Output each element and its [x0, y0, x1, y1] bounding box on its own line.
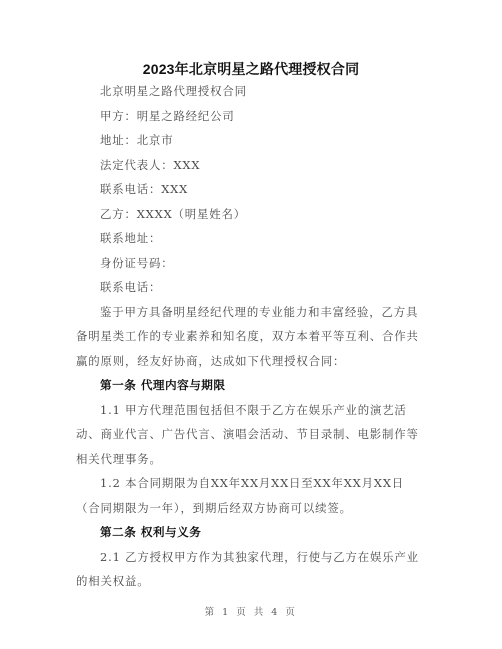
clause-line: （合同期限为一年），到期后经双方协商可以续签。 — [76, 500, 352, 516]
party-b-phone: 联系电话： — [100, 279, 161, 295]
clause-line: 1.2 本合同期限为自XX年XX月XX日至XX年XX月XX日 — [100, 475, 404, 491]
contact-address: 联系地址： — [100, 230, 161, 246]
preamble-line: 鉴于甲方具备明星经纪代理的专业能力和丰富经验，乙方具 — [100, 304, 418, 320]
document-title: 2023年北京明星之路代理授权合同 — [0, 59, 502, 79]
section-heading: 第二条 权利与义务 — [100, 524, 201, 540]
document-page: 2023年北京明星之路代理授权合同 北京明星之路代理授权合同 甲方：明星之路经纪… — [0, 0, 502, 649]
address: 地址：北京市 — [100, 132, 173, 148]
page-footer: 第 1 页 共 4 页 — [0, 604, 502, 618]
party-a: 甲方：明星之路经纪公司 — [100, 108, 235, 124]
preamble-line: 赢的原则，经友好协商，达成如下代理授权合同： — [76, 353, 345, 369]
clause-line: 动、商业代言、广告代言、演唱会活动、节目录制、电影制作等 — [76, 426, 419, 442]
id-number: 身份证号码： — [100, 255, 173, 271]
clause-line: 相关代理事务。 — [76, 451, 162, 467]
clause-line: 1.1 甲方代理范围包括但不限于乙方在娱乐产业的演艺活 — [100, 402, 407, 418]
clause-line: 2.1 乙方授权甲方作为其独家代理，行使与乙方在娱乐产业 — [100, 549, 419, 565]
party-b: 乙方：XXXX（明星姓名） — [100, 206, 246, 222]
contract-subtitle: 北京明星之路代理授权合同 — [100, 83, 247, 99]
party-a-phone: 联系电话：XXX — [100, 181, 188, 197]
legal-representative: 法定代表人：XXX — [100, 157, 200, 173]
section-heading: 第一条 代理内容与期限 — [100, 377, 225, 393]
preamble-line: 备明星类工作的专业素养和知名度，双方本着平等互利、合作共 — [76, 328, 419, 344]
clause-line: 的相关权益。 — [76, 573, 149, 589]
